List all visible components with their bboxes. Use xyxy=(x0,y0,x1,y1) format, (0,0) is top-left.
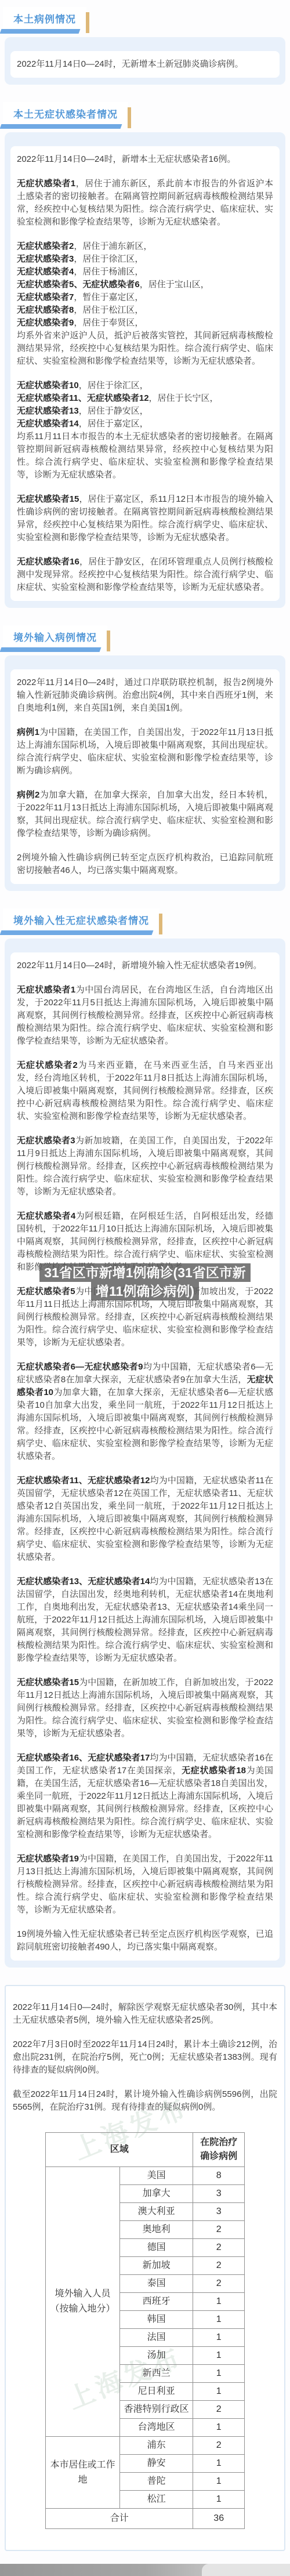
overlay-line-wrap: 31省区市新增1例确诊(31省区市新 xyxy=(0,1263,290,1282)
paragraph: 2022年7月3日0时至2022年11月14日24时，累计本土确诊212例，治愈… xyxy=(13,2038,277,2077)
region-cell: 西班牙 xyxy=(119,2293,193,2311)
section-badge-imported-asymptomatic: 境外输入性无症状感染者情况 xyxy=(3,908,159,932)
card-inner-box: 2022年11月14日0—24时，解除医学观察无症状感染者30例，其中本土无症状… xyxy=(13,2001,277,2529)
case-label: 无症状感染者4 xyxy=(17,267,74,277)
paragraph: 无症状感染者5、无症状感染者6，居住于宝山区， xyxy=(17,278,273,291)
count-cell: 2 xyxy=(193,2437,245,2455)
count-cell: 1 xyxy=(193,2473,245,2491)
count-cell: 2 xyxy=(193,2275,245,2293)
paragraph: 无症状感染者11、无症状感染者12均为中国籍，无症状感染者11在英国留学，无症状… xyxy=(17,1474,273,1564)
text-run: 为加拿大籍，在加拿大探亲，无症状感染者6—无症状感染者10自加拿大出发，乘坐同一… xyxy=(17,1387,273,1461)
count-cell: 3 xyxy=(193,2203,245,2221)
total-label-cell: 合计 xyxy=(46,2509,193,2529)
region-cell: 松江 xyxy=(119,2491,193,2509)
paragraph: 2022年11月14日0—24时，解除医学观察无症状感染者30例，其中本土无症状… xyxy=(13,2001,277,2027)
region-cell: 奥地利 xyxy=(119,2221,193,2239)
region-cell: 法国 xyxy=(119,2329,193,2347)
paragraph: 19例境外输入性无症状感染者已转至定点医疗机构医学观察，已追踪同航班密切接触者4… xyxy=(17,1928,273,1954)
paragraph: 无症状感染者4，居住于杨浦区， xyxy=(17,266,273,278)
paragraph: 无症状感染者16，居住于静安区，在闭环管理重点人员例行核酸检测中发现异常。经疾控… xyxy=(17,556,273,594)
paragraph: 2022年11月14日0—24时，新增本土无症状感染者16例。 xyxy=(17,153,273,166)
paragraph: 无症状感染者9，居住于奉贤区， xyxy=(17,317,273,329)
text-run: ，暂住于嘉定区， xyxy=(74,292,143,302)
card-inner-box: 2022年11月14日0—24时，新增本土无症状感染者16例。无症状感染者1，居… xyxy=(10,146,280,601)
group-label-cell: 境外输入人员（按输入地分） xyxy=(46,2167,120,2437)
text-run: ，居住于松江区， xyxy=(74,305,143,315)
paragraph: 截至2022年11月14日24时，累计境外输入性确诊病例5596例，出院5565… xyxy=(13,2088,277,2114)
count-cell: 1 xyxy=(193,2383,245,2401)
paragraph: 无症状感染者13，居住于静安区， xyxy=(17,405,273,418)
paragraph: 无症状感染者7，暂住于嘉定区， xyxy=(17,291,273,304)
case-label: 无症状感染者16 xyxy=(17,557,79,567)
bottom-blur-bar xyxy=(0,2564,290,2576)
column-header-count: 在院治疗确诊病例 xyxy=(193,2133,245,2167)
text-run: 均为中国籍，无症状感染者11在英国留学，无症状感染者12在英国工作，无症状感染者… xyxy=(17,1476,273,1562)
case-label: 无症状感染者2 xyxy=(17,1060,78,1070)
region-cell: 尼日利亚 xyxy=(119,2383,193,2401)
text-run: ，居住于奉贤区， xyxy=(74,318,143,328)
region-cell: 德国 xyxy=(119,2239,193,2257)
table-header-row: 区域在院治疗确诊病例 xyxy=(46,2133,245,2167)
paragraph: 无症状感染者3，居住于徐汇区， xyxy=(17,253,273,266)
case-label: 无症状感染者16、无症状感染者17 xyxy=(17,1753,150,1763)
column-header-region: 区域 xyxy=(46,2133,193,2167)
paragraph: 无症状感染者1为中国台湾居民，在台湾地区生活，自台湾地区出发，于2022年11月… xyxy=(17,984,273,1048)
count-cell: 1 xyxy=(193,2329,245,2347)
total-count-cell: 36 xyxy=(193,2509,245,2529)
case-label: 无症状感染者1 xyxy=(17,179,75,189)
region-cell: 泰国 xyxy=(119,2275,193,2293)
paragraph: 病例1为中国籍，在美国工作，自美国出发，于2022年11月13日抵达上海浦东国际… xyxy=(17,726,273,777)
paragraph: 无症状感染者11、无症状感染者12，居住于长宁区， xyxy=(17,392,273,405)
case-label: 无症状感染者3 xyxy=(17,254,74,264)
text-run: 2022年11月14日0—24时，通过口岸联防联控机制，报告2例境外输入性新冠肺… xyxy=(17,677,273,713)
overlay-title: 31省区市新增1例确诊(31省区市新 增11例确诊病例) xyxy=(0,1263,290,1300)
count-cell: 3 xyxy=(193,2185,245,2203)
region-cell: 澳大利亚 xyxy=(119,2203,193,2221)
overlay-title-line: 增11例确诊病例) xyxy=(91,1282,199,1300)
text-run: ，居住于静安区， xyxy=(79,406,148,416)
section-badge-label: 境外输入性无症状感染者情况 xyxy=(13,915,149,926)
paragraph: 病例2为加拿大籍，在加拿大探亲，自加拿大出发，经日本转机，于2022年11月13… xyxy=(17,789,273,840)
case-label: 无症状感染者6—无症状感染者9 xyxy=(17,1362,143,1372)
section-badge-label: 本土病例情况 xyxy=(13,14,76,25)
count-cell: 2 xyxy=(193,2239,245,2257)
paragraph: 均系11月11日本市报告的本土无症状感染者的密切接触者。在隔离管控期间新冠病毒核… xyxy=(17,430,273,481)
text-run: 均系外省来沪返沪人员，抵沪后被落实管控，其间新冠病毒核酸检测结果异常，经疾控中心… xyxy=(17,331,273,366)
paragraph: 均系外省来沪返沪人员，抵沪后被落实管控，其间新冠病毒核酸检测结果异常，经疾控中心… xyxy=(17,329,273,368)
paragraph: 无症状感染者10，居住于徐汇区， xyxy=(17,379,273,392)
count-cell: 8 xyxy=(193,2167,245,2185)
count-cell: 2 xyxy=(193,2221,245,2239)
case-label: 病例1 xyxy=(17,727,39,737)
case-label: 无症状感染者1 xyxy=(17,985,75,995)
paragraph: 无症状感染者8，居住于松江区， xyxy=(17,304,273,317)
paragraph: 无症状感染者3为新加坡籍，在美国工作，自美国出发，于2022年11月9日抵达上海… xyxy=(17,1135,273,1198)
paragraph: 无症状感染者14，居住于嘉定区， xyxy=(17,418,273,430)
text-run: ，居住于长宁区， xyxy=(149,393,219,403)
section-badge-local-asymptomatic: 本土无症状感染者情况 xyxy=(3,102,128,125)
case-label: 无症状感染者15 xyxy=(17,1678,79,1687)
table-row: 境外输入人员（按输入地分）美国8 xyxy=(46,2167,245,2185)
region-cell: 普陀 xyxy=(119,2473,193,2491)
text-run: 2022年11月14日0—24时，新增本土无症状感染者16例。 xyxy=(17,154,235,164)
paragraph: 无症状感染者15，居住于嘉定区，系11月12日本市报告的境外输入性确诊病例的密切… xyxy=(17,493,273,544)
paragraph: 无症状感染者6—无症状感染者9均为中国籍，无症状感染者6—无症状感染者8在加拿大… xyxy=(17,1361,273,1463)
count-cell: 2 xyxy=(193,2257,245,2275)
paragraph: 2022年11月14日0—24时，新增境外输入性无症状感染者19例。 xyxy=(17,959,273,972)
text-run: 均系11月11日本市报告的本土无症状感染者的密切接触者。在隔离管控期间新冠病毒核… xyxy=(17,432,273,480)
text-run: 2022年7月3日0时至2022年11月14日24时，累计本土确诊212例，治愈… xyxy=(13,2039,277,2075)
paragraph: 无症状感染者2为马来西亚籍，在马来西亚生活，自马来西亚出发，经台湾地区转机，于2… xyxy=(17,1059,273,1123)
table-total-row: 合计36 xyxy=(46,2509,245,2529)
card-imported-cases: 2022年11月14日0—24时，通过口岸联防联控机制，报告2例境外输入性新冠肺… xyxy=(5,655,285,891)
case-label: 无症状感染者13 xyxy=(17,406,79,416)
card-inner-box: 2022年11月14日0—24时，无新增本土新冠肺炎确诊病例。 xyxy=(10,51,280,78)
region-cell: 浦东 xyxy=(119,2437,193,2455)
card-imported-asymptomatic: 2022年11月14日0—24时，新增境外输入性无症状感染者19例。无症状感染者… xyxy=(5,939,285,1968)
section-badge-label: 本土无症状感染者情况 xyxy=(13,109,118,120)
count-cell: 1 xyxy=(193,2491,245,2509)
text-run: ，居住于嘉定区， xyxy=(79,419,148,429)
paragraph: 2022年11月14日0—24时，通过口岸联防联控机制，报告2例境外输入性新冠肺… xyxy=(17,676,273,715)
text-run: 为美国籍，在美国生活，无症状感染者16—无症状感染者18自美国出发，乘坐同一航班… xyxy=(17,1766,273,1839)
region-cell: 新加坡 xyxy=(119,2257,193,2275)
card-inner-box: 2022年11月14日0—24时，通过口岸联防联控机制，报告2例境外输入性新冠肺… xyxy=(10,669,280,884)
section-badge-label: 境外输入病例情况 xyxy=(13,632,97,643)
text-run: ，居住于徐汇区， xyxy=(74,254,143,264)
paragraph: 无症状感染者2，居住于浦东新区， xyxy=(17,240,273,253)
paragraph: 无症状感染者16、无症状感染者17均为中国籍，无症状感染者16在美国工作，无症状… xyxy=(17,1752,273,1841)
count-cell: 1 xyxy=(193,2311,245,2329)
paragraph: 2例境外输入性确诊病例已转至定点医疗机构救治，已追踪同航班密切接触者46人，均已… xyxy=(17,852,273,877)
card-summary-statistics: 上海发布 上海发布 2022年11月14日0—24时，解除医学观察无症状感染者3… xyxy=(5,1985,285,2551)
text-run: 2022年11月14日0—24时，无新增本土新冠肺炎确诊病例。 xyxy=(17,59,244,69)
case-label: 无症状感染者13、无症状感染者14 xyxy=(17,1577,150,1586)
region-cell: 静安 xyxy=(119,2455,193,2473)
count-cell: 1 xyxy=(193,2455,245,2473)
text-run: 为加拿大籍，在加拿大探亲，自加拿大出发，经日本转机，于2022年11月13日抵达… xyxy=(17,790,273,838)
group-label-cell: 本市居住或工作地 xyxy=(46,2437,120,2509)
count-cell: 2 xyxy=(193,2401,245,2419)
case-label: 无症状感染者14 xyxy=(17,419,79,429)
count-cell: 1 xyxy=(193,2419,245,2437)
paragraph: 无症状感染者15为中国籍，在新加坡工作，自新加坡出发，于2022年11月12日抵… xyxy=(17,1676,273,1740)
card-local-confirmed-cases: 2022年11月14日0—24时，无新增本土新冠肺炎确诊病例。 xyxy=(5,37,285,85)
case-label: 无症状感染者18 xyxy=(182,1766,246,1776)
region-cell: 美国 xyxy=(119,2167,193,2185)
overlay-title-line: 31省区市新增1例确诊(31省区市新 xyxy=(39,1263,251,1282)
case-label: 无症状感染者8 xyxy=(17,305,74,315)
region-cell: 新西兰 xyxy=(119,2365,193,2383)
text-run: 为中国籍，在美国工作，自美国出发，于2022年11月13日抵达上海浦东国际机场，… xyxy=(17,727,273,776)
text-run: ，居住于宝山区， xyxy=(140,280,209,289)
text-run: 2022年11月14日0—24时，新增境外输入性无症状感染者19例。 xyxy=(17,961,262,970)
section-badge-imported-cases: 境外输入病例情况 xyxy=(3,625,107,648)
case-label: 无症状感染者15 xyxy=(17,494,79,504)
case-label: 无症状感染者4 xyxy=(17,1211,75,1221)
text-run: 截至2022年11月14日24时，累计境外输入性确诊病例5596例，出院5565… xyxy=(13,2089,277,2112)
paragraph: 无症状感染者19为中国籍，在美国工作，自美国出发，于2022年11月13日抵达上… xyxy=(17,1853,273,1916)
paragraph: 无症状感染者13、无症状感染者14均为中国籍，无症状感染者13在法国留学，自法国… xyxy=(17,1575,273,1665)
text-run: ，居住于徐汇区， xyxy=(79,381,148,390)
section-badge-local-confirmed-cases: 本土病例情况 xyxy=(3,7,86,30)
case-label: 无症状感染者11、无症状感染者12 xyxy=(17,1476,150,1486)
count-cell: 1 xyxy=(193,2365,245,2383)
text-run: 19例境外输入性无症状感染者已转至定点医疗机构医学观察，已追踪同航班密切接触者4… xyxy=(17,1929,273,1952)
case-label: 无症状感染者9 xyxy=(17,318,74,328)
case-label: 无症状感染者11、无症状感染者12 xyxy=(17,393,149,403)
table-row: 本市居住或工作地浦东2 xyxy=(46,2437,245,2455)
text-run: 2022年11月14日0—24时，解除医学观察无症状感染者30例，其中本土无症状… xyxy=(13,2002,277,2025)
in-hospital-cases-table: 区域在院治疗确诊病例境外输入人员（按输入地分）美国8加拿大3澳大利亚3奥地利2德… xyxy=(45,2132,245,2529)
count-cell: 1 xyxy=(193,2293,245,2311)
text-run: ，居住于浦东新区， xyxy=(74,241,152,251)
count-cell: 1 xyxy=(193,2347,245,2365)
case-label: 无症状感染者2 xyxy=(17,241,74,251)
region-cell: 加拿大 xyxy=(119,2185,193,2203)
text-run: ，居住于杨浦区， xyxy=(74,267,143,277)
case-label: 无症状感染者7 xyxy=(17,292,74,302)
region-cell: 台湾地区 xyxy=(119,2419,193,2437)
region-cell: 汤加 xyxy=(119,2347,193,2365)
card-inner-box: 2022年11月14日0—24时，新增境外输入性无症状感染者19例。无症状感染者… xyxy=(10,952,280,1961)
case-label: 无症状感染者5、无症状感染者6 xyxy=(17,280,140,289)
card-local-asymptomatic: 2022年11月14日0—24时，新增本土无症状感染者16例。无症状感染者1，居… xyxy=(5,132,285,608)
case-label: 无症状感染者19 xyxy=(17,1854,79,1864)
overlay-line-wrap: 增11例确诊病例) xyxy=(0,1282,290,1300)
paragraph: 无症状感染者1，居住于浦东新区，系此前本市报告的外省返沪本土感染者的密切接触者。… xyxy=(17,177,273,229)
case-label: 无症状感染者10 xyxy=(17,381,79,390)
text-run: 均为中国籍，无症状感染者13在法国留学，自法国出发，经奥地利转机，无症状感染者1… xyxy=(17,1577,273,1663)
bottom-blur-pill xyxy=(202,2564,290,2576)
case-label: 病例2 xyxy=(17,790,39,800)
article-page: 本土病例情况 2022年11月14日0—24时，无新增本土新冠肺炎确诊病例。 本… xyxy=(0,0,290,2576)
text-run: 2例境外输入性确诊病例已转至定点医疗机构救治，已追踪同航班密切接触者46人，均已… xyxy=(17,853,273,875)
case-label: 无症状感染者3 xyxy=(17,1136,75,1146)
region-cell: 韩国 xyxy=(119,2311,193,2329)
region-cell: 香港特别行政区 xyxy=(119,2401,193,2419)
paragraph: 2022年11月14日0—24时，无新增本土新冠肺炎确诊病例。 xyxy=(17,58,273,71)
